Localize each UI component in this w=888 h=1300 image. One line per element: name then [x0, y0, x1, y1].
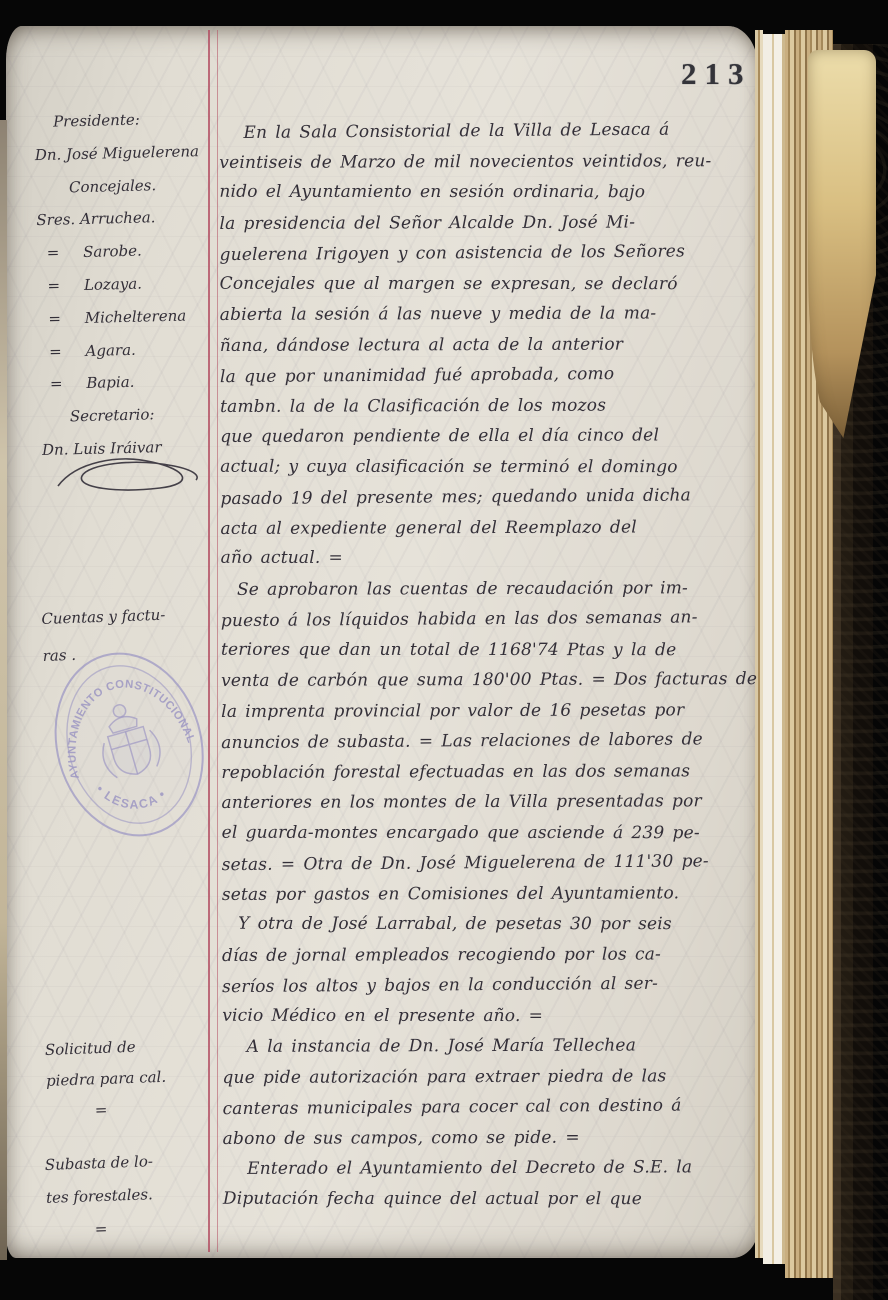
- manuscript-line: anuncios de subasta. = Las relaciones de…: [221, 724, 766, 759]
- manuscript-line: setas. = Otra de Dn. José Miguelerena de…: [222, 846, 767, 881]
- manuscript-line: pasado 19 del presente mes; quedando uni…: [220, 480, 765, 515]
- manuscript-line: abierta la sesión á las nueve y media de…: [220, 298, 765, 330]
- manuscript-line: A la instancia de Dn. José María Tellech…: [222, 1030, 767, 1062]
- signature-rubric-flourish: [48, 448, 208, 500]
- manuscript-line: el guarda-montes encargado que asciende …: [222, 817, 767, 848]
- manuscript-line: Diputación fecha quince del actual por e…: [223, 1183, 768, 1214]
- margin-note-line: = Sarobe.: [37, 233, 210, 270]
- manuscript-line: año actual. =: [221, 543, 766, 574]
- manuscript-line: ñana, dándose lectura al acta de la ante…: [220, 329, 765, 361]
- manuscript-line: Enterado el Ayuntamiento del Decreto de …: [223, 1152, 768, 1184]
- manuscript-line: Se aprobaron las cuentas de recaudación …: [221, 573, 766, 605]
- manuscript-line: Y otra de José Larrabal, de pesetas 30 p…: [222, 909, 767, 940]
- manuscript-line: setas por gastos en Comisiones del Ayunt…: [222, 878, 767, 910]
- manuscript-line: En la Sala Consistorial de la Villa de L…: [219, 114, 764, 149]
- manuscript-body: En la Sala Consistorial de la Villa de L…: [219, 115, 768, 1215]
- manuscript-line: anteriores en los montes de la Villa pre…: [221, 786, 766, 818]
- margin-note-line: = Michelterena: [38, 299, 211, 336]
- margin-note-line: Dn. José Miguelerena: [34, 135, 207, 172]
- scanned-minutes-book-photo: 213 Presidente:Dn. José Miguelerena Conc…: [0, 0, 888, 1300]
- margin-note-line: Concejales.: [35, 168, 208, 205]
- manuscript-line: teriores que dan un total de 1168'74 Pta…: [221, 634, 766, 665]
- manuscript-line: la que por unanimidad fué aprobada, como: [220, 358, 765, 393]
- manuscript-line: la imprenta provincial por valor de 16 p…: [221, 695, 766, 727]
- margin-note-line: Secretario:: [41, 397, 214, 434]
- left-page-edge: [0, 120, 7, 1260]
- manuscript-line: abono de sus campos, como se pide. =: [223, 1122, 768, 1154]
- manuscript-line: nido el Ayuntamiento en sesión ordinaria…: [219, 177, 764, 208]
- margin-note-line: = Bapia.: [40, 364, 213, 401]
- margin-note-line: =: [47, 1209, 216, 1248]
- manuscript-line: venta de carbón que suma 180'00 Ptas. = …: [221, 664, 766, 696]
- manuscript-line: que quedaron pendiente de ella el día ci…: [220, 420, 765, 452]
- margin-note-line: = Lozaya.: [38, 266, 211, 303]
- manuscript-line: actual; y cuya clasificación se terminó …: [220, 451, 765, 482]
- manuscript-line: acta al expediente general del Reemplazo…: [220, 512, 765, 544]
- manuscript-line: guelerena Irigoyen y con asistencia de l…: [219, 236, 764, 271]
- manuscript-line: tambn. la de la Clasificación de los moz…: [220, 390, 765, 422]
- margin-note-subasta: Subasta de lo-tes forestales. =: [44, 1143, 215, 1248]
- manuscript-line: veintiseis de Marzo de mil novecientos v…: [219, 146, 764, 178]
- manuscript-line: seríos los altos y bajos en la conducció…: [222, 968, 767, 1003]
- page-number: 213: [681, 56, 752, 92]
- manuscript-line: Concejales que al margen se expresan, se…: [220, 268, 765, 299]
- margin-note-line: =: [47, 1091, 216, 1128]
- manuscript-line: que pide autorización para extraer piedr…: [222, 1061, 767, 1093]
- manuscript-line: puesto á los líquidos habida en las dos …: [221, 602, 766, 637]
- margin-note-line: Cuentas y factu-: [41, 595, 212, 638]
- manuscript-line: la presidencia del Señor Alcalde Dn. Jos…: [219, 207, 764, 239]
- margin-note-line: Sres. Arruchea.: [36, 200, 209, 237]
- margin-note-solicitud: Solicitud depiedra para cal. =: [44, 1029, 215, 1128]
- manuscript-line: días de jornal empleados recogiendo por …: [222, 939, 767, 971]
- manuscript-line: repoblación forestal efectuadas en las d…: [221, 756, 766, 788]
- margin-note-line: Presidente:: [34, 102, 207, 139]
- margin-note-line: = Agara.: [39, 331, 212, 368]
- manuscript-line: vicio Médico en el presente año. =: [222, 1000, 767, 1031]
- manuscript-line: canteras municipales para cocer cal con …: [222, 1090, 767, 1125]
- margin-note-attendees: Presidente:Dn. José Miguelerena Concejal…: [34, 102, 215, 467]
